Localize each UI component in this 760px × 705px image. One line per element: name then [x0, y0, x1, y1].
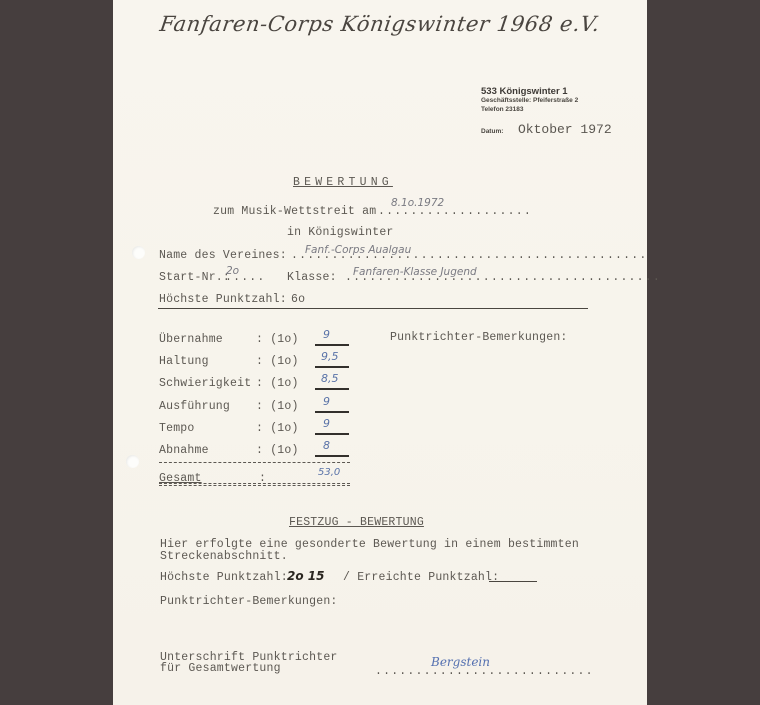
score-value: 9: [323, 328, 330, 341]
double-underline: [159, 483, 350, 484]
event-prefix: zum Musik-Wettstreit am: [213, 205, 376, 218]
club-name-label: Name des Vereines:: [159, 249, 287, 262]
festzug-description: Streckenabschnitt.: [160, 550, 288, 563]
score-value: 9: [323, 417, 330, 430]
score-value: 8,5: [321, 372, 339, 385]
score-max: : (1o): [256, 444, 299, 457]
score-max: : (1o): [256, 333, 299, 346]
event-location: in Königswinter: [287, 226, 394, 239]
signature-label: für Gesamtwertung: [160, 662, 281, 675]
address-line: 533 Königswinter 1: [481, 86, 568, 97]
phone-line: Telefon 23183: [481, 106, 524, 113]
page-title: BEWERTUNG: [293, 176, 393, 189]
festzug-title: FESTZUG - BEWERTUNG: [289, 516, 424, 529]
remarks-label: Punktrichter-Bemerkungen:: [390, 331, 568, 344]
score-label: Übernahme: [159, 333, 223, 346]
total-value: 53,0: [318, 467, 340, 478]
festzug-achieved-blank: [489, 581, 537, 582]
score-label: Tempo: [159, 422, 195, 435]
document-page: Fanfaren-Corps Königswinter 1968 e.V. 53…: [113, 0, 647, 705]
festzug-max-value: 2o 15: [287, 569, 324, 583]
signature: Bergstein: [431, 655, 490, 669]
double-underline: [159, 485, 350, 486]
start-number-label: Start-Nr.:: [159, 271, 230, 284]
score-value: 9: [323, 395, 330, 408]
punch-hole: [126, 455, 139, 468]
score-max: : (1o): [256, 400, 299, 413]
score-underline: [315, 455, 349, 457]
class-label: Klasse:: [287, 271, 337, 284]
dashed-divider: [159, 462, 350, 463]
score-underline: [315, 411, 349, 413]
score-label: Ausführung: [159, 400, 230, 413]
score-underline: [315, 366, 349, 368]
festzug-remarks-label: Punktrichter-Bemerkungen:: [160, 595, 338, 608]
address-line: Geschäftsstelle: Pfeiferstraße 2: [481, 97, 578, 104]
date-label: Datum:: [481, 128, 503, 135]
score-underline: [315, 433, 349, 435]
score-max: : (1o): [256, 377, 299, 390]
festzug-max-label: Höchste Punktzahl:: [160, 571, 288, 584]
date-value: Oktober 1972: [518, 122, 612, 137]
score-max: : (1o): [256, 355, 299, 368]
divider: [158, 308, 588, 309]
club-name-value: Fanf.-Corps Aualgau: [305, 244, 411, 256]
score-value: 9,5: [321, 350, 339, 363]
score-max: : (1o): [256, 422, 299, 435]
score-label: Abnahme: [159, 444, 209, 457]
class-value: Fanfaren-Klasse Jugend: [353, 266, 477, 278]
festzug-achieved-label: / Erreichte Punktzahl:: [343, 571, 499, 584]
event-date: 8.1o.1972: [391, 197, 444, 209]
score-underline: [315, 388, 349, 390]
start-number-value: 2o: [226, 265, 239, 277]
score-label: Schwierigkeit: [159, 377, 251, 390]
score-underline: [315, 344, 349, 346]
max-points-value: 6o: [291, 293, 305, 306]
punch-hole: [132, 246, 145, 259]
score-label: Haltung: [159, 355, 209, 368]
max-points-label: Höchste Punktzahl:: [159, 293, 287, 306]
letterhead-title: Fanfaren-Corps Königswinter 1968 e.V.: [158, 12, 601, 36]
score-value: 8: [323, 439, 330, 452]
